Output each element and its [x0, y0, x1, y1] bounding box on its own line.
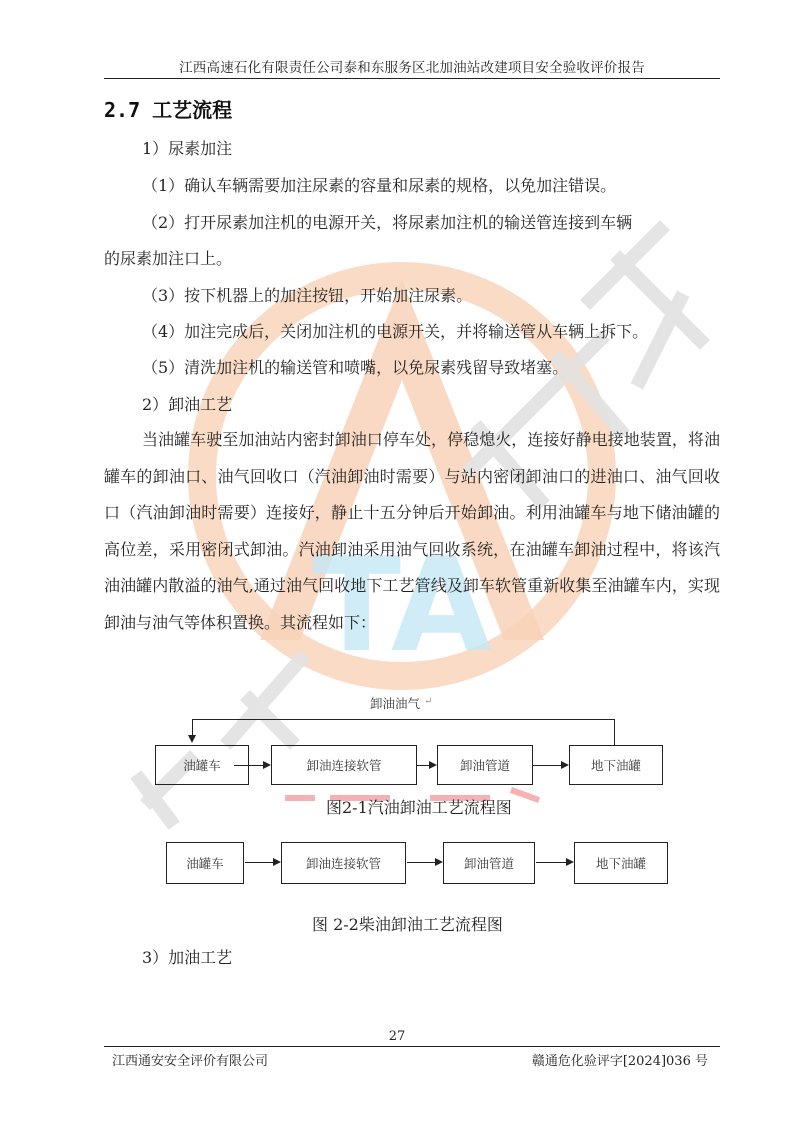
urea-step-2: （2）打开尿素加注机的电源开关，将尿素加注机的输送管连接到车辆: [142, 213, 632, 233]
arrow-right-icon: [429, 761, 437, 769]
section-heading: 2.7 工艺流程: [104, 94, 232, 123]
urea-step-5: （5）清洗加注机的输送管和喷嘴，以免尿素残留导致堵塞。: [142, 358, 568, 378]
arrow-3: [536, 862, 566, 863]
header-divider: [104, 78, 720, 79]
return-line-left: [192, 719, 193, 735]
arrow-right-icon: [263, 761, 271, 769]
flow-node-tank: 地下油罐: [574, 842, 668, 884]
return-line-right: [614, 719, 615, 745]
arrow-right-icon: [273, 858, 281, 866]
footer-doc-number: 赣通危化验评字[2024]036 号: [532, 1050, 708, 1069]
urea-step-4: （4）加注完成后，关闭加注机的电源开关，并将输送管从车辆上拆下。: [142, 322, 648, 342]
arrow-1: [245, 862, 273, 863]
footer-divider: [104, 1046, 720, 1047]
unloading-paragraph: 当油罐车驶至加油站内密封卸油口停车处，停稳熄火，连接好静电接地装置，将油罐车的卸…: [104, 422, 720, 642]
urea-step-2-cont: 的尿素加注口上。: [104, 249, 232, 269]
flow-node-tanker: 油罐车: [166, 842, 244, 884]
subsection-label-fueling: 3）加油工艺: [142, 948, 232, 968]
footer-company: 江西通安安全评价有限公司: [112, 1050, 268, 1069]
arrow-3: [533, 765, 561, 766]
return-label: 卸油油气: [370, 694, 420, 712]
flow-node-tank: 地下油罐: [569, 745, 663, 785]
flow-node-pipe: 卸油管道: [443, 842, 535, 884]
arrow-right-icon: [435, 858, 443, 866]
subsection-label-unloading: 2）卸油工艺: [142, 395, 232, 415]
figure-2-1-caption: 图2-1汽油卸油工艺流程图: [326, 795, 512, 818]
page-header: 江西高速石化有限责任公司泰和东服务区北加油站改建项目安全验收评价报告: [104, 56, 720, 76]
figure-2-2-caption: 图 2-2柴油卸油工艺流程图: [312, 912, 503, 935]
arrow-2: [407, 862, 435, 863]
flow-node-hose: 卸油连接软管: [271, 745, 417, 785]
urea-step-3: （3）按下机器上的加注按钮，开始加注尿素。: [142, 286, 472, 306]
arrow-1: [234, 765, 264, 766]
return-line-top: [192, 719, 615, 720]
flow-node-hose: 卸油连接软管: [281, 842, 406, 884]
arrow-down-icon: [188, 735, 196, 743]
paragraph-mark: ↵: [424, 696, 432, 707]
urea-step-1: （1）确认车辆需要加注尿素的容量和尿素的规格，以免加注错误。: [142, 176, 616, 196]
flow-node-pipe: 卸油管道: [437, 745, 533, 785]
arrow-2: [417, 765, 429, 766]
page-number: 27: [0, 1029, 794, 1044]
subsection-label-urea: 1）尿素加注: [142, 139, 232, 159]
arrow-right-icon: [566, 858, 574, 866]
arrow-right-icon: [561, 761, 569, 769]
